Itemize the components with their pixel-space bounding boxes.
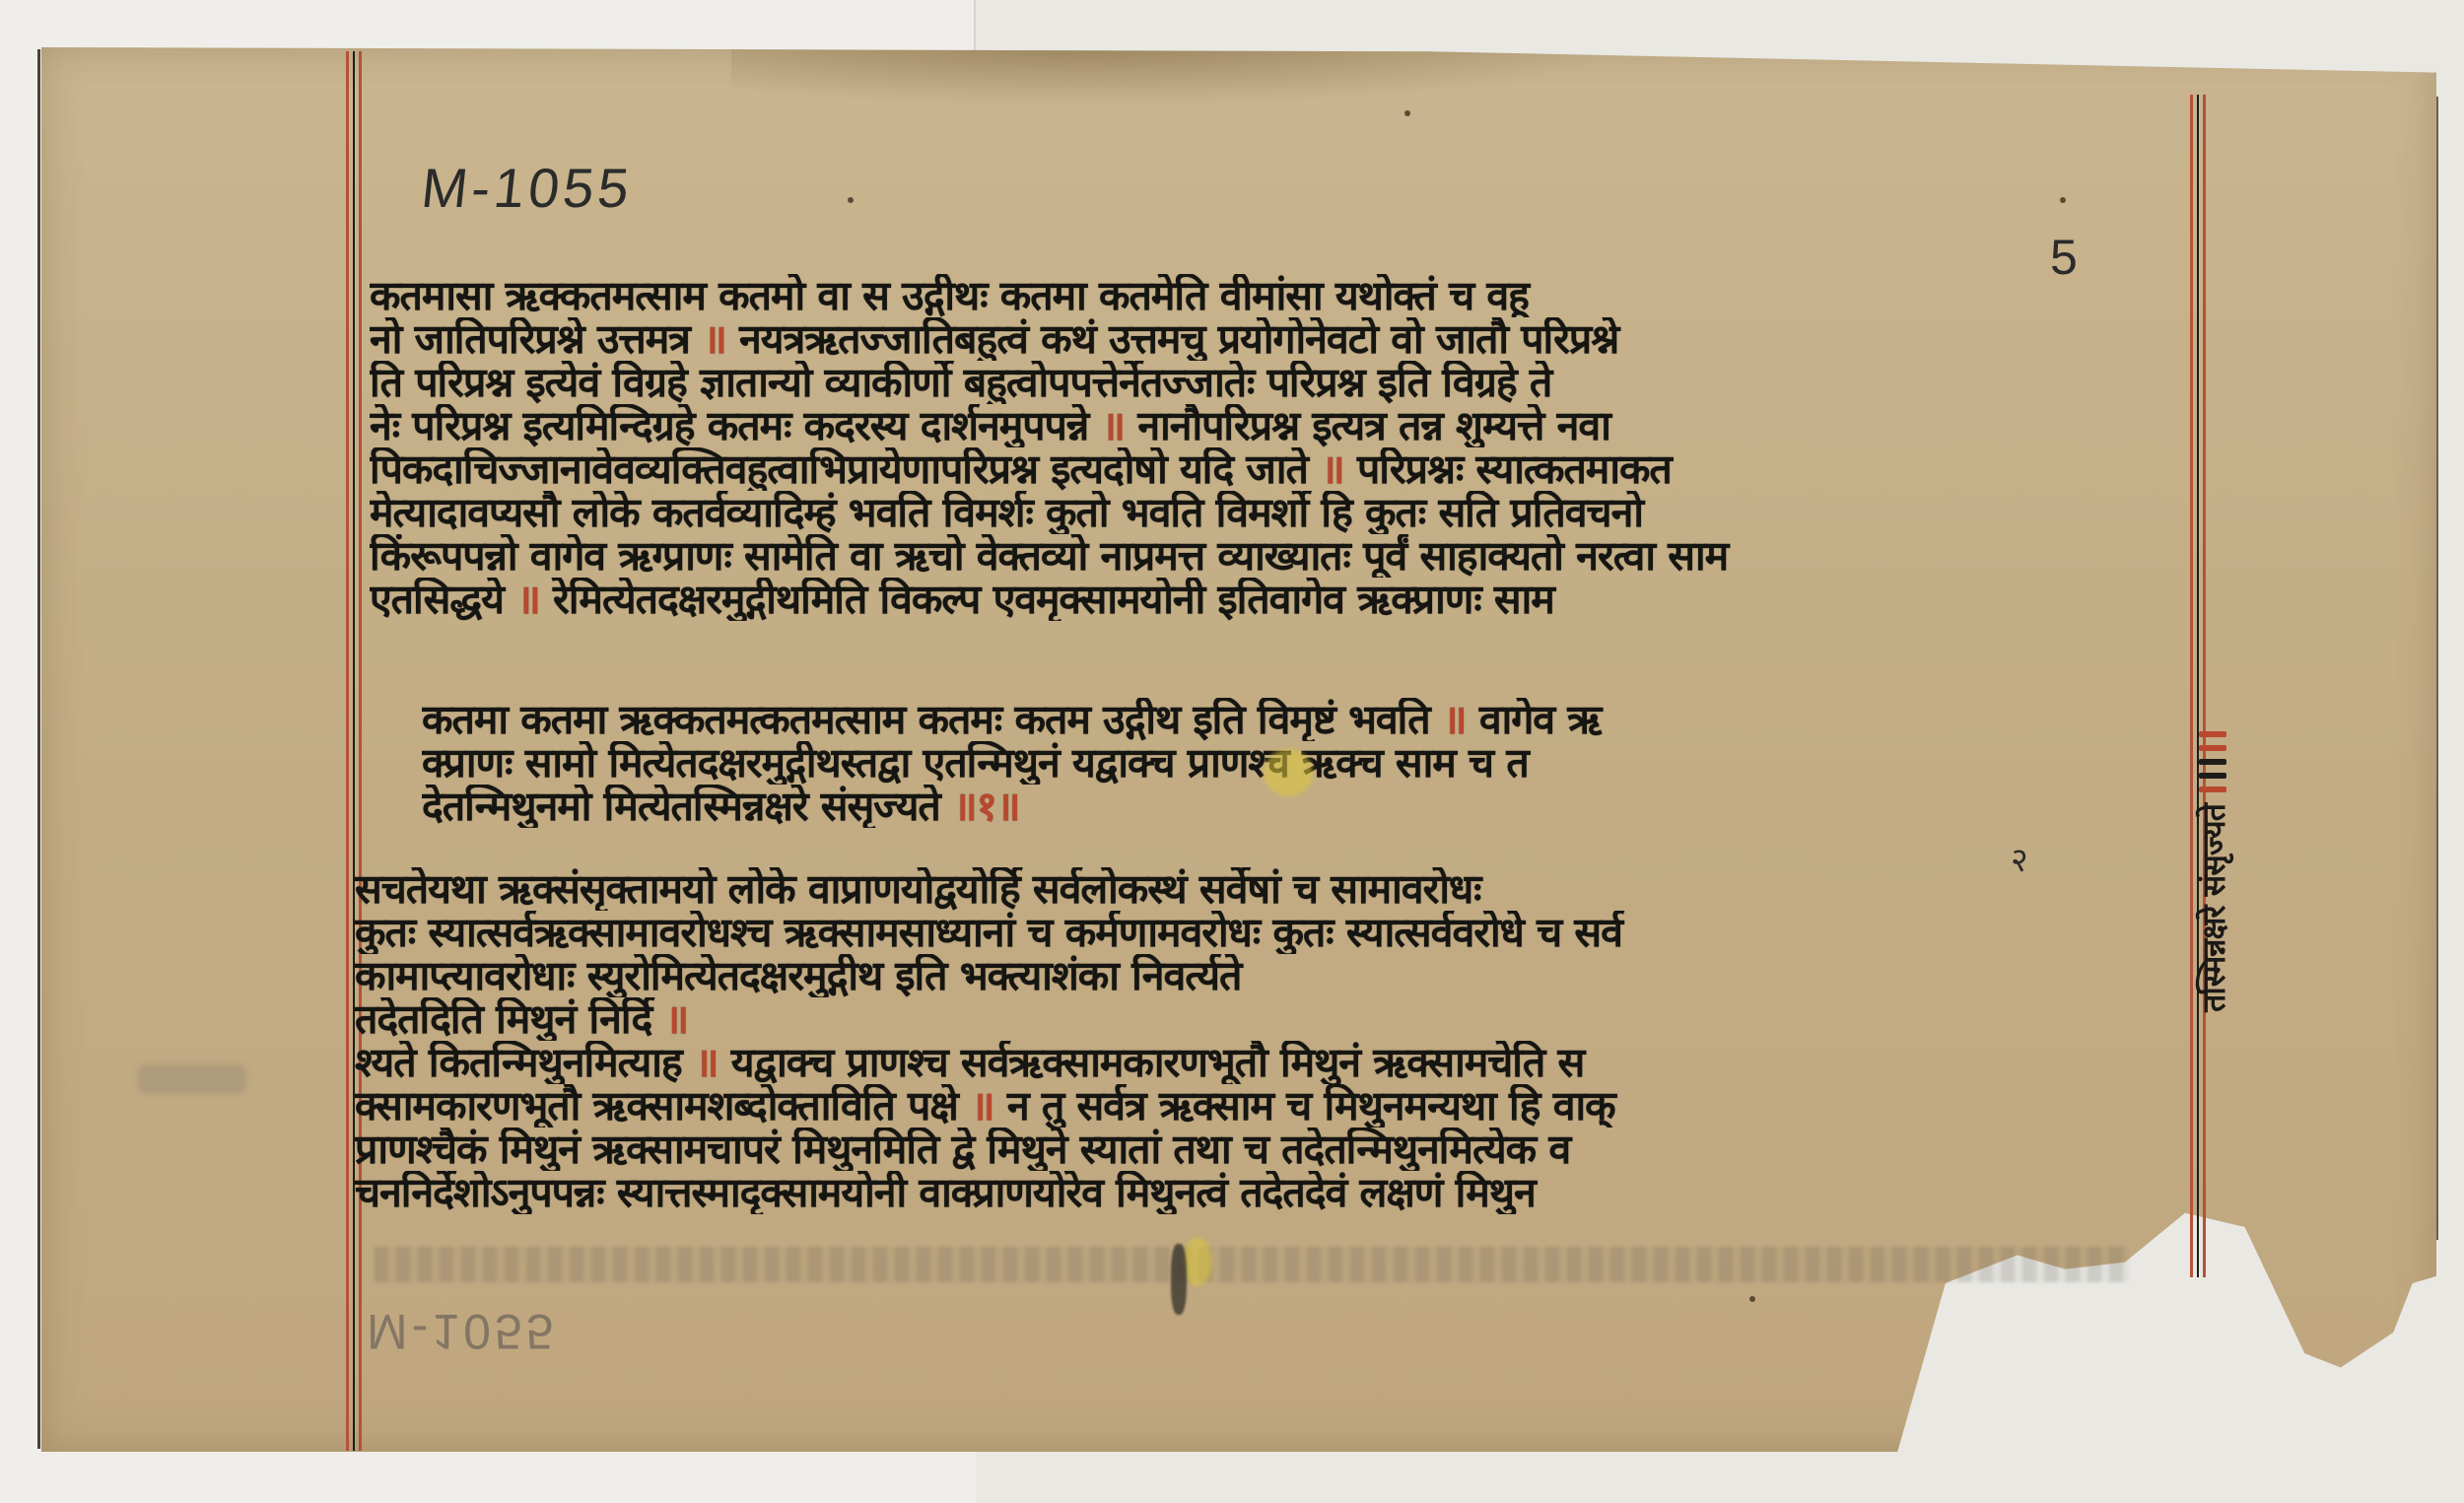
left-rule-black [353, 51, 355, 1451]
text-line: नेः परिप्रश्न इत्यमिन्दिग्रहे कतमः कदरस्… [370, 404, 2173, 447]
text-line: कुतः स्यात्सर्वऋक्सामावरोधश्च ऋक्सामसाध्… [355, 911, 2139, 954]
black-danda-mark [2199, 759, 2226, 765]
left-rule-red-inner [359, 51, 362, 1451]
catalog-number: M-1055 [419, 156, 637, 220]
text-line: कतमा कतमा ऋक्कतमत्कतमत्साम कतमः कतम उद्ग… [422, 698, 2097, 741]
red-danda: ॥ [695, 1041, 719, 1084]
ink-blot [1171, 1244, 1187, 1315]
red-danda: ॥ [1101, 404, 1125, 447]
text-block-bottom: सचतेयथा ऋक्संसृक्तामयो लोके वाप्राणयोद्व… [355, 867, 2139, 1214]
text-line: देतन्मिथुनमो मित्येतस्मिन्नक्षरे संसृज्य… [422, 785, 2097, 828]
red-danda: ॥ [516, 578, 540, 621]
text-line: मेत्यादावप्यसौ लोके कतर्वव्यादिम्हं भवति… [370, 491, 2173, 534]
text-line: क्सामकारणभूतौ ऋक्सामशब्दोक्ताविति पक्षे … [355, 1084, 2139, 1127]
margin-note-right: तस्मिन्नक्षरे संसृज्यते [2183, 727, 2242, 1240]
text-line: एतसिद्धये ॥ रेमित्येतदक्षरमुद्गीथमिति वि… [370, 578, 2173, 621]
black-danda-mark [2199, 773, 2226, 779]
paper-speck [1749, 1296, 1755, 1302]
text-line: किंरूपपन्नो वागेव ऋग्प्राणः सामेति वा ऋच… [370, 534, 2173, 578]
paper-speck [1404, 110, 1410, 116]
leaf-edge-left [37, 49, 40, 1449]
text-line: कतमासा ऋक्कतमत्साम कतमो वा स उद्गीथः कतम… [370, 274, 2173, 317]
text-line: कामाप्त्यावरोधाः स्युरोमित्येतदक्षरमुद्ग… [355, 954, 2139, 997]
yellow-pigment-spot [1183, 1237, 1212, 1286]
red-danda: ॥ [971, 1084, 994, 1127]
text-line: श्यते कितन्मिथुनमित्याह ॥ यद्वाक्च प्राण… [355, 1041, 2139, 1084]
text-line: ति परिप्रश्न इत्येवं विग्रहे ज्ञातान्यो … [370, 361, 2173, 404]
text-block-top: कतमासा ऋक्कतमत्साम कतमो वा स उद्गीथः कतम… [370, 274, 2173, 621]
red-danda: ॥ [665, 997, 689, 1041]
text-line: पिकदाचिज्जानावेवव्यक्तिवहुत्वाभिप्रायेणा… [370, 447, 2173, 491]
paper-speck [2060, 197, 2066, 203]
red-danda-mark [2199, 786, 2226, 792]
mirrored-catalog-number: M-1055 [367, 1303, 558, 1360]
red-danda: ॥ [1321, 447, 1344, 491]
faint-margin-mark [138, 1064, 246, 1094]
ink-bleed-through [375, 1247, 2129, 1282]
yellow-pigment-spot [1264, 749, 1313, 796]
text-line: तदेतदिति मिथुनं निर्दि ॥ [355, 997, 2139, 1041]
text-line: चननिर्देशोऽनुपपन्नः स्यात्तस्मादृक्सामयो… [355, 1171, 2139, 1214]
red-danda: ॥ [1443, 698, 1467, 741]
margin-vertical-text: तस्मिन्नक्षरे संसृज्यते [2192, 804, 2234, 1012]
red-danda: ॥१॥ [953, 785, 1019, 828]
text-line: क्प्राणः सामो मित्येतदक्षरमुद्गीथस्तद्वा… [422, 741, 2097, 785]
water-stain [731, 47, 1618, 106]
text-line: प्राणश्चैकं मिथुनं ऋक्सामचापरं मिथुनमिति… [355, 1127, 2139, 1171]
red-danda: ॥ [703, 317, 726, 361]
paper-speck [848, 197, 854, 203]
text-line: सचतेयथा ऋक्संसृक्तामयो लोके वाप्राणयोद्व… [355, 867, 2139, 911]
text-block-middle: कतमा कतमा ऋक्कतमत्कतमत्साम कतमः कतम उद्ग… [422, 698, 2097, 828]
left-rule-red-outer [346, 51, 349, 1451]
red-danda-mark [2199, 745, 2226, 751]
text-line: नो जातिपरिप्रश्ने उत्तमत्र ॥ नयत्रऋतज्जा… [370, 317, 2173, 361]
red-danda-mark [2199, 731, 2226, 737]
